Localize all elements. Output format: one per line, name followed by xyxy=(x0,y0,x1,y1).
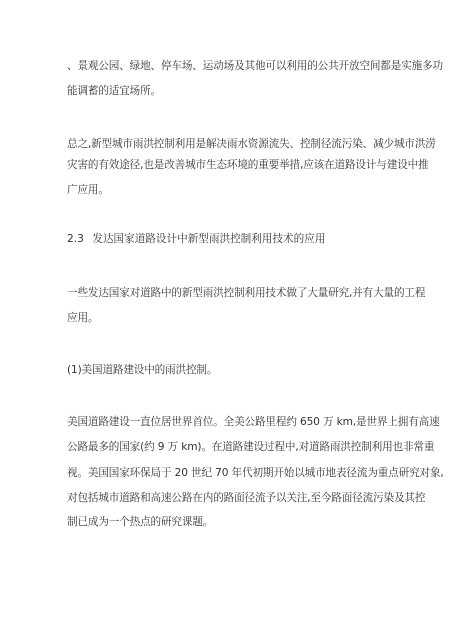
paragraph-1-line-1: 、景观公园、绿地、停车场、运动场及其他可以利用的公共开放空间都是实施多功 xyxy=(67,59,397,73)
section-heading: 2.3 发达国家道路设计中新型雨洪控制利用技术的应用 xyxy=(67,232,325,246)
paragraph-3-line-2: 应用。 xyxy=(67,311,397,325)
subsection-heading: (1)美国道路建设中的雨洪控制。 xyxy=(67,363,397,377)
paragraph-1-line-2: 能调蓄的适宜场所。 xyxy=(67,84,397,98)
section-title: 发达国家道路设计中新型雨洪控制利用技术的应用 xyxy=(92,233,325,245)
paragraph-5-line-3: 视。美国国家环保局于 20 世纪 70 年代初期开始以城市地表径流为重点研究对象… xyxy=(67,466,397,480)
paragraph-5-line-5: 制已成为一个热点的研究课题。 xyxy=(67,515,397,529)
paragraph-2-line-3: 广应用。 xyxy=(67,183,397,197)
paragraph-5-line-2: 公路最多的国家(约 9 万 km)。在道路建设过程中,对道路雨洪控制利用也非常重 xyxy=(67,440,397,454)
paragraph-2-line-2: 灾害的有效途径,也是改善城市生态环境的重要举措,应该在道路设计与建设中推 xyxy=(67,158,397,172)
paragraph-2-line-1: 总之,新型城市雨洪控制利用是解决雨水资源流失、控制径流污染、减少城市洪涝 xyxy=(67,137,397,151)
paragraph-5-line-1: 美国道路建设一直位居世界首位。全美公路里程约 650 万 km,是世界上拥有高速 xyxy=(67,415,397,429)
document-page: 、景观公园、绿地、停车场、运动场及其他可以利用的公共开放空间都是实施多功 能调蓄… xyxy=(0,0,450,637)
section-number: 2.3 xyxy=(67,232,89,246)
paragraph-3-line-1: 一些发达国家对道路中的新型雨洪控制利用技术做了大量研究,并有大量的工程 xyxy=(67,286,397,300)
paragraph-5-line-4: 对包括城市道路和高速公路在内的路面径流予以关注,至今路面径流污染及其控 xyxy=(67,491,397,505)
